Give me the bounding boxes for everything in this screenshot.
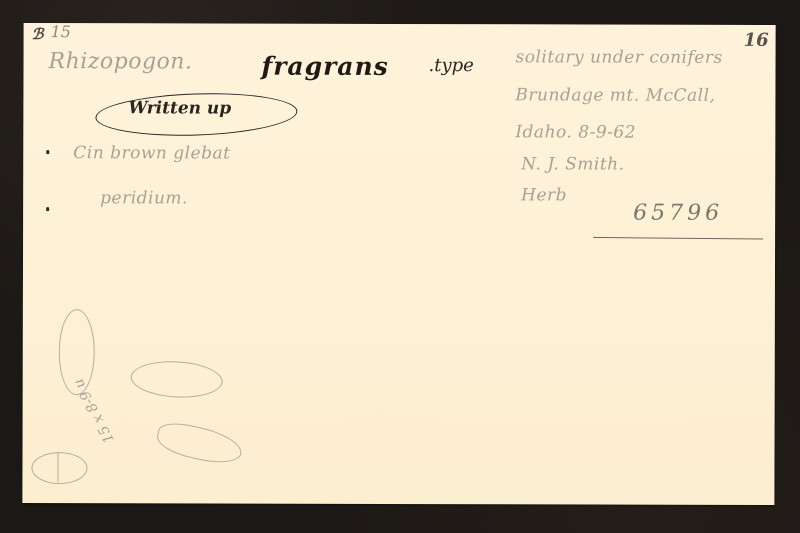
- genus-name: Rhizopogon.: [48, 51, 192, 73]
- locality-line: Brundage mt. McCall,: [515, 87, 715, 105]
- habitat-line: solitary under conifers: [516, 49, 723, 67]
- note-line: Cin brown glebat: [73, 145, 230, 162]
- spore-sketch-icon: [130, 359, 224, 400]
- spore-septum: [57, 452, 58, 482]
- corner-mark: ℬ: [32, 27, 44, 42]
- herbarium-label: Herb: [521, 187, 567, 204]
- spore-sketch-icon: [154, 419, 245, 468]
- card-number-left: 15: [51, 24, 71, 40]
- written-up-label: Written up: [128, 100, 231, 117]
- spore-sketch-icon: [31, 452, 87, 484]
- card-number-right: 16: [744, 32, 769, 50]
- note-line: peridium.: [100, 190, 188, 207]
- spore-measurement: 15 x 8-9 u: [72, 376, 117, 445]
- ink-dot: [46, 207, 49, 211]
- accession-underline: [593, 237, 763, 240]
- ink-dot: [46, 150, 49, 154]
- type-label: .type: [428, 57, 473, 75]
- accession-number: 65796: [633, 203, 723, 225]
- herbarium-card: ℬ 15 16 Rhizopogon. fragrans .type Writt…: [22, 23, 775, 505]
- state-date-line: Idaho. 8-9-62: [515, 124, 636, 141]
- species-name: fragrans: [261, 54, 388, 79]
- collector-line: N. J. Smith.: [521, 156, 624, 173]
